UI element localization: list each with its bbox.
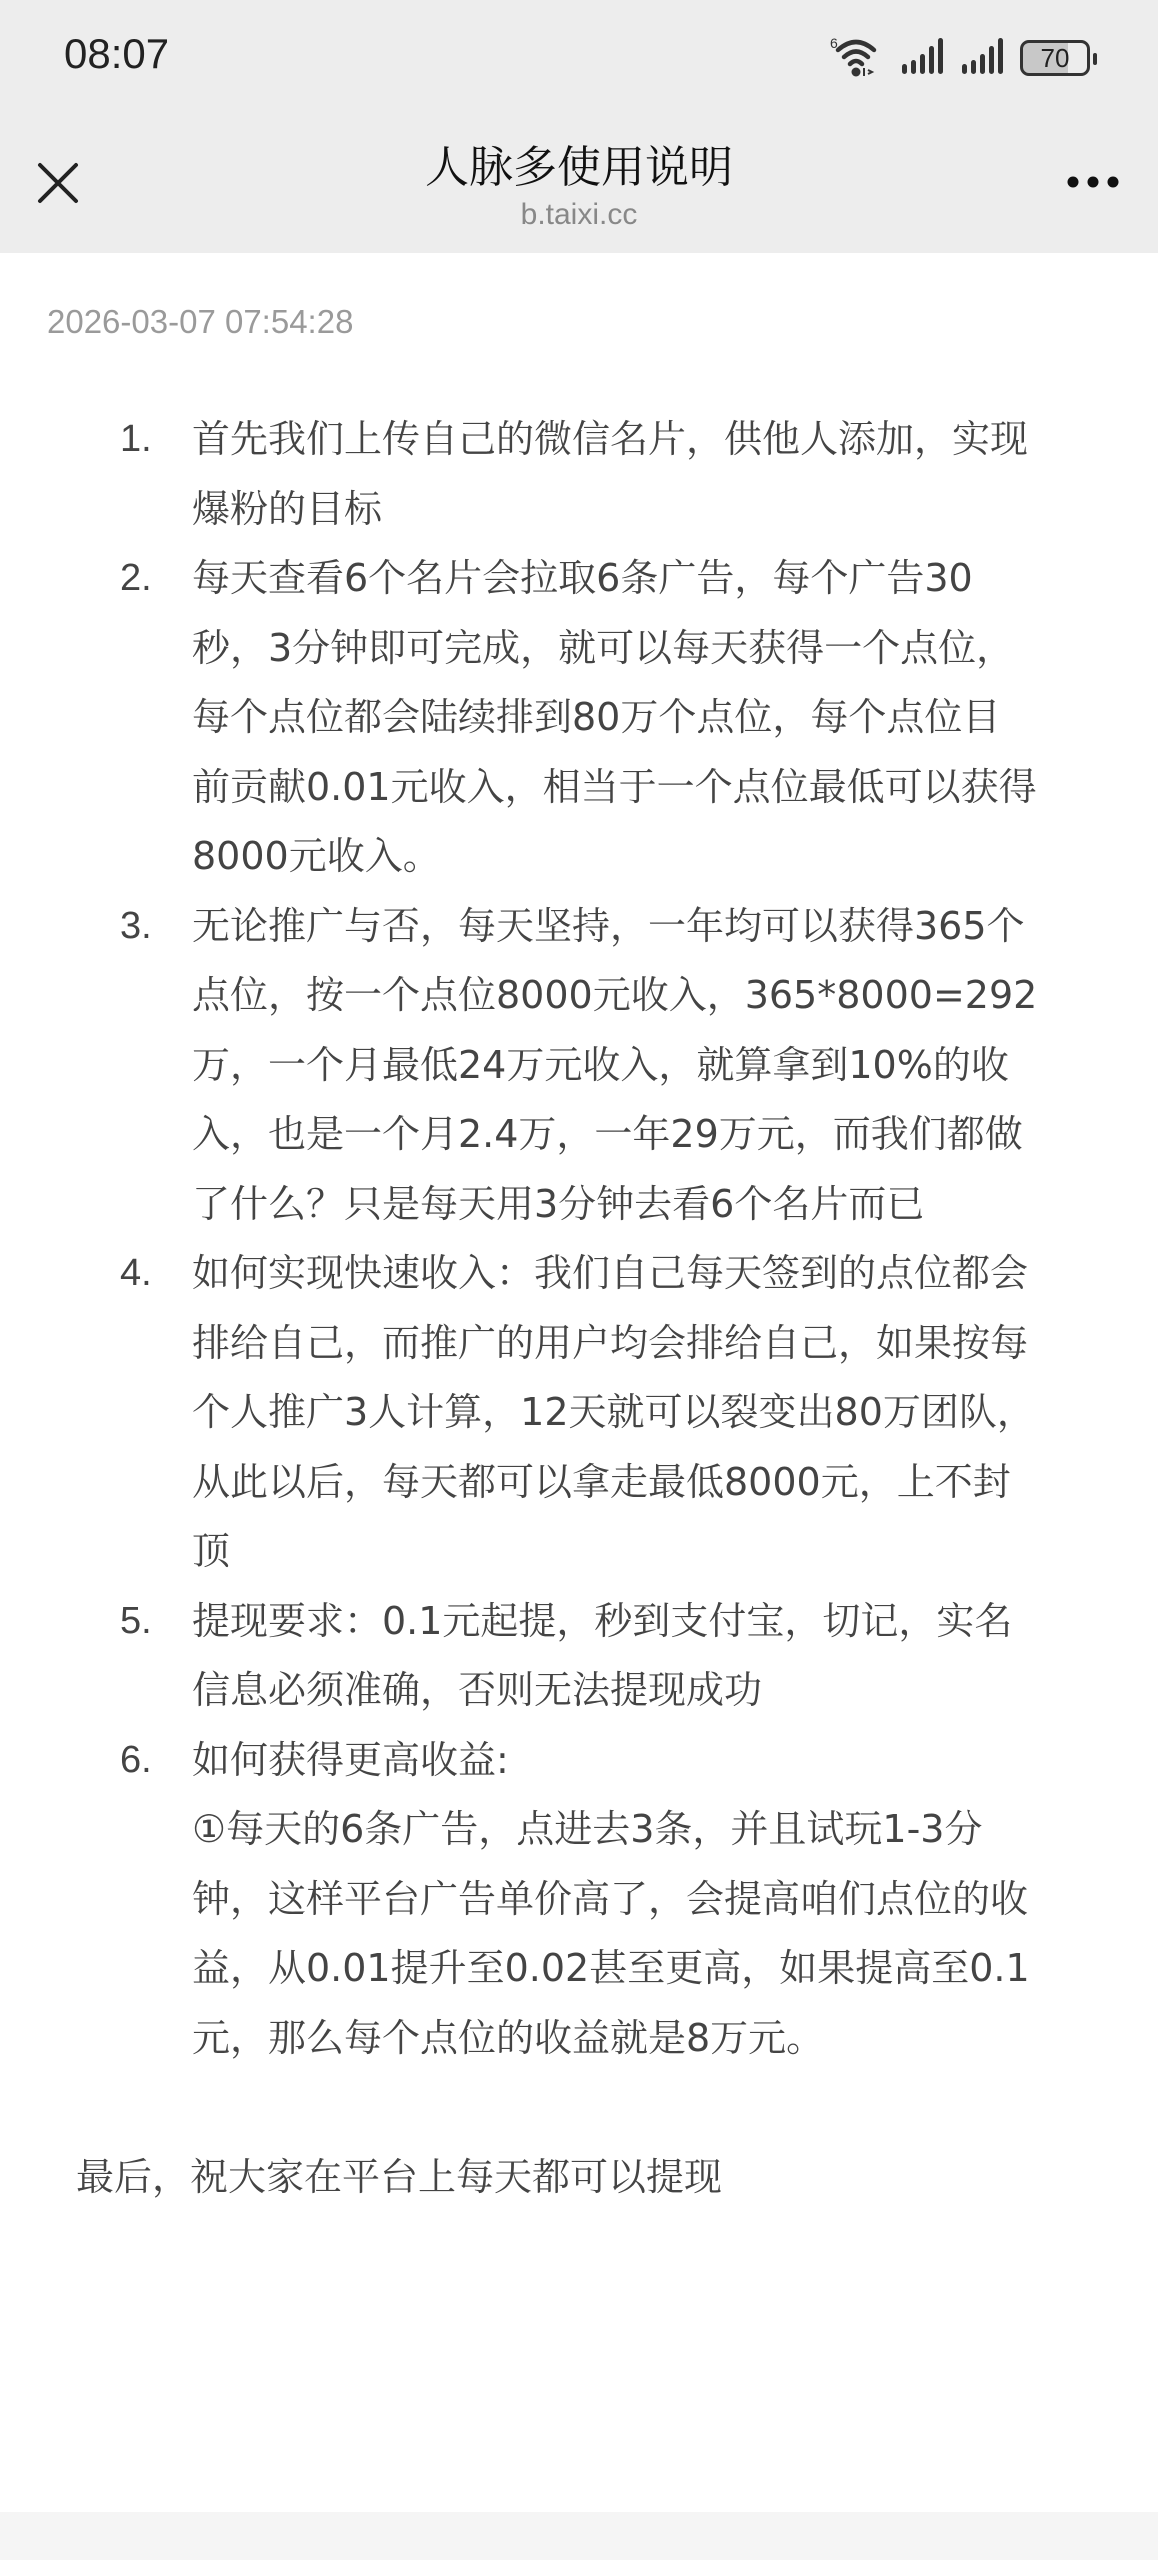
page-title: 人脉多使用说明 — [0, 131, 1158, 195]
list-number: 3. — [120, 892, 152, 962]
list-item: 1. 首先我们上传自己的微信名片，供他人添加，实现 爆粉的目标 — [0, 405, 1158, 544]
list-text: 如何获得更高收益: ①每天的6条广告，点进去3条，并且试玩1-3分 钟，这样平台… — [192, 1726, 1088, 2074]
list-number: 2. — [120, 544, 152, 614]
page-domain: b.taixi.cc — [0, 198, 1158, 232]
list-number: 4. — [120, 1239, 152, 1309]
list-item: 4. 如何实现快速收入：我们自己每天签到的点位都会 排给自己，而推广的用户均会排… — [0, 1239, 1158, 1587]
instruction-list: 1. 首先我们上传自己的微信名片，供他人添加，实现 爆粉的目标 2. 每天查看6… — [0, 405, 1158, 2073]
list-item: 3. 无论推广与否，每天坚持，一年均可以获得365个 点位，按一个点位8000元… — [0, 892, 1158, 1240]
battery-icon: 70 — [1020, 40, 1090, 76]
top-bar: 08:07 6 — [0, 0, 1158, 253]
list-text: 每天查看6个名片会拉取6条广告，每个广告30 秒，3分钟即可完成，就可以每天获得… — [192, 544, 1088, 892]
status-time: 08:07 — [64, 30, 169, 78]
list-text: 如何实现快速收入：我们自己每天签到的点位都会 排给自己，而推广的用户均会排给自己… — [192, 1239, 1088, 1587]
signal-icon-2 — [960, 36, 1006, 80]
bottom-bar — [0, 2512, 1158, 2560]
list-item: 5. 提现要求：0.1元起提，秒到支付宝，切记，实名 信息必须准确，否则无法提现… — [0, 1587, 1158, 1726]
list-number: 5. — [120, 1587, 152, 1657]
list-item: 2. 每天查看6个名片会拉取6条广告，每个广告30 秒，3分钟即可完成，就可以每… — [0, 544, 1158, 892]
list-text: 提现要求：0.1元起提，秒到支付宝，切记，实名 信息必须准确，否则无法提现成功 — [192, 1587, 1088, 1726]
list-item: 6. 如何获得更高收益: ①每天的6条广告，点进去3条，并且试玩1-3分 钟，这… — [0, 1726, 1158, 2074]
more-icon — [1063, 172, 1123, 192]
status-icons: 6 — [830, 36, 1090, 80]
list-number: 1. — [120, 405, 152, 475]
wifi-icon: 6 — [830, 34, 886, 82]
list-text: 首先我们上传自己的微信名片，供他人添加，实现 爆粉的目标 — [192, 405, 1088, 544]
publish-date: 2026-03-07 07:54:28 — [47, 303, 353, 341]
more-button[interactable] — [1058, 160, 1128, 204]
list-text: 无论推广与否，每天坚持，一年均可以获得365个 点位，按一个点位8000元收入，… — [192, 892, 1088, 1240]
signal-icon — [900, 36, 946, 80]
closing-paragraph: 最后，祝大家在平台上每天都可以提现 — [76, 2143, 722, 2213]
list-number: 6. — [120, 1726, 152, 1796]
